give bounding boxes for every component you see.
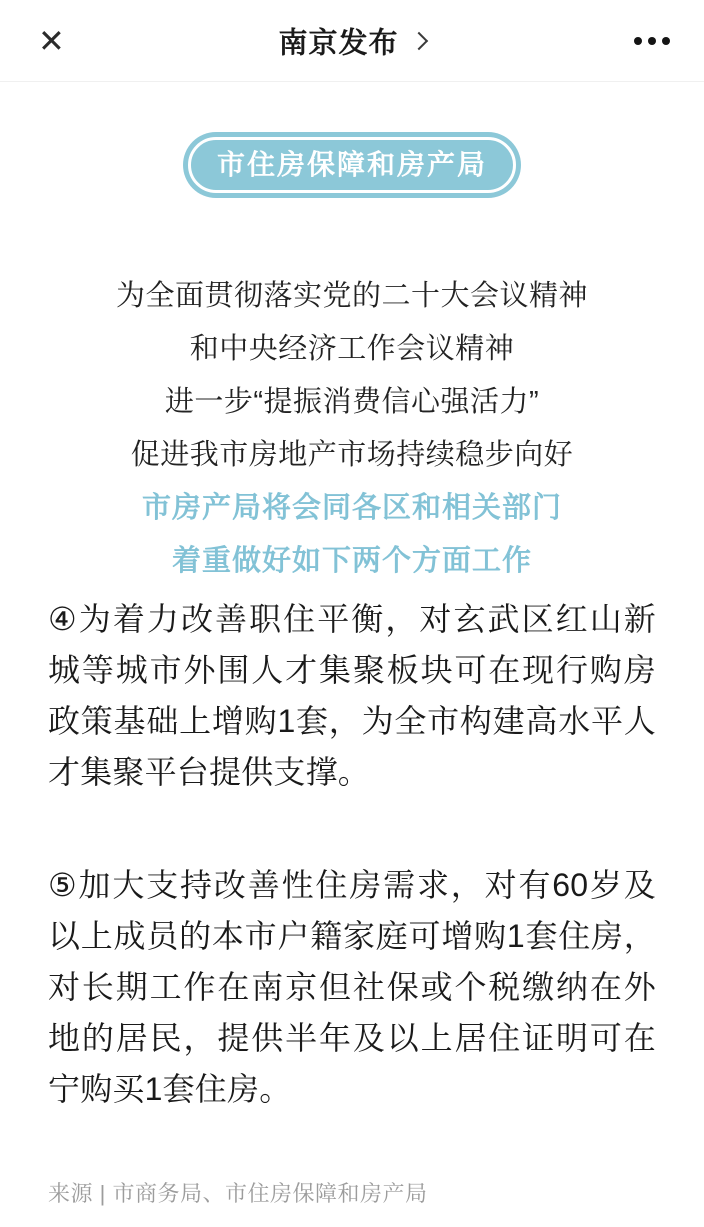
intro-line-accent: 市房产局将会同各区和相关部门: [48, 482, 656, 535]
intro-line: 为全面贯彻落实党的二十大会议精神: [48, 270, 656, 323]
department-badge: 市住房保障和房产局: [183, 132, 521, 198]
more-icon: [634, 37, 642, 45]
header-bar: ✕ 南京发布: [0, 0, 704, 82]
more-icon: [648, 37, 656, 45]
more-menu-button[interactable]: [632, 31, 672, 51]
intro-line: 促进我市房地产市场持续稳步向好: [48, 429, 656, 482]
department-badge-label: 市住房保障和房产局: [188, 137, 516, 193]
source-attribution: 来源 | 市商务局、市住房保障和房产局: [48, 1179, 656, 1209]
body-paragraph-5: ⑤加大支持改善性住房需求，对有60岁及以上成员的本市户籍家庭可增购1套住房，对长…: [48, 860, 656, 1115]
page-title: 南京发布: [278, 20, 398, 61]
intro-block: 为全面贯彻落实党的二十大会议精神 和中央经济工作会议精神 进一步“提振消费信心强…: [48, 270, 656, 588]
intro-line: 进一步“提振消费信心强活力”: [48, 376, 656, 429]
more-icon: [662, 37, 670, 45]
chevron-right-icon: [410, 32, 428, 50]
account-title-link[interactable]: 南京发布: [278, 20, 425, 61]
intro-line-accent: 着重做好如下两个方面工作: [48, 535, 656, 588]
intro-line: 和中央经济工作会议精神: [48, 323, 656, 376]
article-content: 市住房保障和房产局 为全面贯彻落实党的二十大会议精神 和中央经济工作会议精神 进…: [0, 132, 704, 1209]
body-paragraph-4: ④为着力改善职住平衡，对玄武区红山新城等城市外围人才集聚板块可在现行购房政策基础…: [48, 594, 656, 798]
badge-row: 市住房保障和房产局: [48, 132, 656, 198]
wechat-article-page: ✕ 南京发布 市住房保障和房产局 为全面贯彻落实党的二十大会议精神 和中央经济工…: [0, 0, 704, 1227]
close-icon[interactable]: ✕: [34, 21, 69, 61]
